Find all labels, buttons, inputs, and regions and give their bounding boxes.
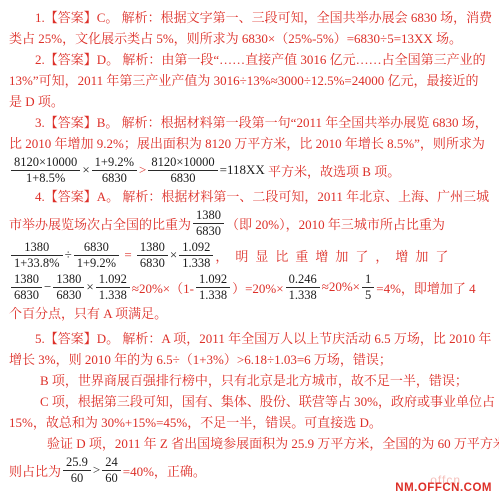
text-run: 则占比为 xyxy=(9,461,61,480)
text-run: （即 20%），2010 年三城市所占比重为 xyxy=(226,214,445,233)
text-line: 2.【答案】D。 解析：由第一段“……直接产值 3016 亿元……占全国第三产业… xyxy=(9,49,490,70)
fraction: 0.2461.338 xyxy=(286,272,320,302)
text-line: 4.【答案】A。 解析：根据材料第一、二段可知，2011 年北京、上海、广州三城 xyxy=(9,186,490,207)
text-run: 3.【答案】B。 解析：根据材料第一段第一句“2011 年全国共举办展览 683… xyxy=(35,115,488,130)
text-run: =40%，正确。 xyxy=(123,461,206,480)
fraction-numerator: 1380 xyxy=(193,208,224,222)
text-run: × xyxy=(82,162,89,178)
text-line: 市举办展览场次占全国的比重为13806830（即 20%），2010 年三城市所… xyxy=(9,207,490,239)
text-line: 5.【答案】D。 解析：A 项，2011 年全国万人以上节庆活动 6.5 万场，… xyxy=(9,328,490,349)
text-run: 验证 D 项，2011 年 Z 省出国境参展面积为 25.9 万平方米，全国的为… xyxy=(47,436,499,451)
fraction: 25.960 xyxy=(63,455,91,485)
text-line: 增长 3%，则 2010 年的为 6.5÷（1+3%）>6.18÷1.03=6 … xyxy=(9,349,490,370)
fraction-numerator: 1.092 xyxy=(179,240,213,254)
text-run: ≈20%× xyxy=(322,279,360,295)
fraction-denominator: 6830 xyxy=(92,170,137,185)
text-run: 1.【答案】C。 解析：根据文字第一、三段可知，全国共举办展会 6830 场，消… xyxy=(35,10,492,25)
text-run: = xyxy=(121,247,135,263)
text-run: =118XX xyxy=(220,162,265,178)
watermark: NM.OFFCN.COM xyxy=(395,482,492,494)
text-run: 类占 25%，文化展示类占 5%，则所求为 6830×（25%-5%）=6830… xyxy=(9,31,462,46)
text-run: ）=20%× xyxy=(232,278,284,297)
fraction-denominator: 1.338 xyxy=(286,287,320,302)
fraction-numerator: 1.092 xyxy=(96,272,130,286)
fraction: 8120×100001+8.5% xyxy=(11,155,80,185)
fraction-numerator: 1.092 xyxy=(196,272,230,286)
fraction: 68301+9.2% xyxy=(74,240,119,270)
fraction: 1+9.2%6830 xyxy=(92,155,137,185)
text-line: C 项，根据第三段可知，国有、集体、股份、联营等占 30%，政府或事业单位占 xyxy=(9,391,490,412)
text-line: 13806830−13806830×1.0921.338≈20%×（1-1.09… xyxy=(9,271,490,303)
fraction-numerator: 1+9.2% xyxy=(92,155,137,169)
text-line: 类占 25%，文化展示类占 5%，则所求为 6830×（25%-5%）=6830… xyxy=(9,28,490,49)
text-run: ≈20%×（1- xyxy=(132,278,194,297)
text-run: ，明显比重增加了，增加了 xyxy=(215,246,455,265)
text-line: 是 D 项。 xyxy=(9,91,490,112)
text-run: 5.【答案】D。 解析：A 项，2011 年全国万人以上节庆活动 6.5 万场，… xyxy=(35,331,491,346)
fraction-numerator: 8120×10000 xyxy=(148,155,217,169)
text-run: 个百分点，只有 A 项满足。 xyxy=(9,306,167,321)
text-line: 比 2010 年增加 9.2%；展出面积为 8120 万平方米，比 2010 年… xyxy=(9,133,490,154)
fraction-numerator: 1380 xyxy=(11,240,63,254)
answer-document: 1.【答案】C。 解析：根据文字第一、三段可知，全国共举办展会 6830 场，消… xyxy=(0,0,499,501)
fraction-denominator: 6830 xyxy=(193,223,224,238)
text-line: 13801+33.8%÷68301+9.2% = 13806830×1.0921… xyxy=(9,239,490,271)
text-run: 平方米，故选项 B 项。 xyxy=(265,161,400,180)
fraction-numerator: 1380 xyxy=(11,272,42,286)
fraction-denominator: 1+8.5% xyxy=(11,170,80,185)
fraction-denominator: 1+9.2% xyxy=(74,255,119,270)
text-line: B 项，世界商展百强排行榜中，只有北京是北方城市，故不足一半，错误； xyxy=(9,370,490,391)
text-run: > xyxy=(139,162,146,178)
fraction: 15 xyxy=(362,272,374,302)
text-line: 15%，故总和为 30%+15%=45%，不足一半，错误。可直接选 D。 xyxy=(9,412,490,433)
fraction-denominator: 1.338 xyxy=(179,255,213,270)
fraction-denominator: 60 xyxy=(102,470,121,485)
text-run: 比 2010 年增加 9.2%；展出面积为 8120 万平方米，比 2010 年… xyxy=(9,136,485,151)
text-run: B 项，世界商展百强排行榜中，只有北京是北方城市，故不足一半，错误； xyxy=(40,373,468,388)
text-run: 是 D 项。 xyxy=(9,94,64,109)
text-run: 2.【答案】D。 解析：由第一段“……直接产值 3016 亿元……占全国第三产业… xyxy=(35,52,486,67)
fraction-denominator: 60 xyxy=(63,470,91,485)
text-run: × xyxy=(86,279,93,295)
text-run: C 项，根据第三段可知，国有、集体、股份、联营等占 30%，政府或事业单位占 xyxy=(40,394,495,409)
fraction-denominator: 5 xyxy=(362,287,374,302)
fraction: 13806830 xyxy=(137,240,168,270)
text-run: ÷ xyxy=(65,247,72,263)
fraction-numerator: 1380 xyxy=(53,272,84,286)
fraction-numerator: 24 xyxy=(102,455,121,469)
fraction: 13801+33.8% xyxy=(11,240,63,270)
fraction-numerator: 8120×10000 xyxy=(11,155,80,169)
fraction: 13806830 xyxy=(193,208,224,238)
fraction-numerator: 1380 xyxy=(137,240,168,254)
fraction: 1.0921.338 xyxy=(96,272,130,302)
fraction-denominator: 6830 xyxy=(137,255,168,270)
fraction-denominator: 1.338 xyxy=(196,287,230,302)
fraction: 1.0921.338 xyxy=(179,240,213,270)
text-run: 增长 3%，则 2010 年的为 6.5÷（1+3%）>6.18÷1.03=6 … xyxy=(9,352,392,367)
text-line: 3.【答案】B。 解析：根据材料第一段第一句“2011 年全国共举办展览 683… xyxy=(9,112,490,133)
fraction-denominator: 1+33.8% xyxy=(11,255,63,270)
text-run: × xyxy=(170,247,177,263)
text-run: 15%，故总和为 30%+15%=45%，不足一半，错误。可直接选 D。 xyxy=(9,415,382,430)
fraction: 1.0921.338 xyxy=(196,272,230,302)
fraction-numerator: 1 xyxy=(362,272,374,286)
text-line: 个百分点，只有 A 项满足。 xyxy=(9,303,490,324)
text-run: > xyxy=(93,462,100,478)
text-line: 8120×100001+8.5%×1+9.2%6830>8120×1000068… xyxy=(9,154,490,186)
fraction: 2460 xyxy=(102,455,121,485)
fraction-numerator: 25.9 xyxy=(63,455,91,469)
fraction-numerator: 6830 xyxy=(74,240,119,254)
text-line: 1.【答案】C。 解析：根据文字第一、三段可知，全国共举办展会 6830 场，消… xyxy=(9,7,490,28)
fraction-denominator: 6830 xyxy=(148,170,217,185)
text-line: 验证 D 项，2011 年 Z 省出国境参展面积为 25.9 万平方米，全国的为… xyxy=(9,433,490,454)
text-run: 4.【答案】A。 解析：根据材料第一、二段可知，2011 年北京、上海、广州三城 xyxy=(35,189,489,204)
text-run: 市举办展览场次占全国的比重为 xyxy=(9,214,191,233)
fraction-numerator: 0.246 xyxy=(286,272,320,286)
text-run: 13%”可知，2011 年第三产业产值为 3016÷13%≈3000÷12.5%… xyxy=(9,73,479,88)
answer-lines: 1.【答案】C。 解析：根据文字第一、三段可知，全国共举办展会 6830 场，消… xyxy=(9,7,490,486)
fraction: 8120×100006830 xyxy=(148,155,217,185)
fraction-denominator: 6830 xyxy=(53,287,84,302)
fraction-denominator: 1.338 xyxy=(96,287,130,302)
fraction-denominator: 6830 xyxy=(11,287,42,302)
fraction: 13806830 xyxy=(53,272,84,302)
text-run: =4%，即增加了 4 xyxy=(376,278,475,297)
text-line: 13%”可知，2011 年第三产业产值为 3016÷13%≈3000÷12.5%… xyxy=(9,70,490,91)
fraction: 13806830 xyxy=(11,272,42,302)
text-run: − xyxy=(44,279,51,295)
